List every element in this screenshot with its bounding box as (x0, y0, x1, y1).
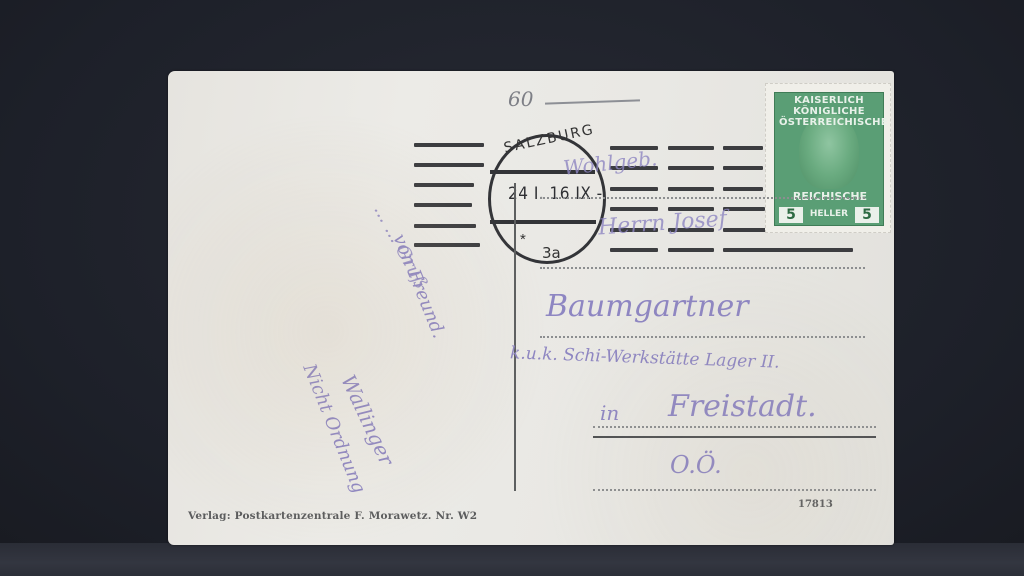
card-number: 17813 (798, 499, 833, 510)
address-region: O.Ö. (670, 451, 722, 479)
address-line-1 (540, 197, 865, 199)
address-name-line: Herrn Josef (597, 207, 727, 241)
stamp-design: KAISERLICH KÖNIGLICHE ÖSTERREICHISCHE RE… (774, 92, 884, 226)
stamp-value-right: 5 (855, 207, 879, 223)
address-line-5 (593, 489, 876, 491)
address-line-2 (540, 267, 865, 269)
pencil-dash (545, 99, 640, 104)
address-line-4 (593, 426, 876, 428)
stamp-unit: HELLER (805, 209, 853, 219)
postcard-back: 60 SALZBURG 24 I. 16 IX - * (168, 71, 894, 545)
publisher-imprint: Verlag: Postkartenzentrale F. Morawetz. … (188, 510, 477, 522)
postmark-date: 24 I. 16 IX - (508, 184, 603, 204)
address-surname: Baumgartner (546, 289, 749, 324)
stamp-top-text: KAISERLICH KÖNIGLICHE ÖSTERREICHISCHE (779, 95, 879, 128)
address-city: Freistadt. (668, 389, 817, 424)
postmark-bar-bottom (490, 220, 596, 224)
address-underline (593, 436, 876, 438)
message-line-2: von Freund. (389, 231, 450, 341)
postage-stamp: KAISERLICH KÖNIGLICHE ÖSTERREICHISCHE RE… (765, 83, 891, 233)
postmark-office-number: 3a (542, 244, 561, 262)
display-shelf (0, 543, 1024, 576)
pencil-price-note: 60 (508, 87, 533, 111)
address-line-3 (540, 336, 865, 338)
message-address-divider (514, 183, 516, 491)
address-in: in (600, 401, 619, 425)
address-workshop: k.u.k. Schi-Werkstätte Lager II. (510, 343, 780, 372)
postmark-star: * (520, 231, 526, 248)
stamp-value-left: 5 (779, 207, 803, 223)
